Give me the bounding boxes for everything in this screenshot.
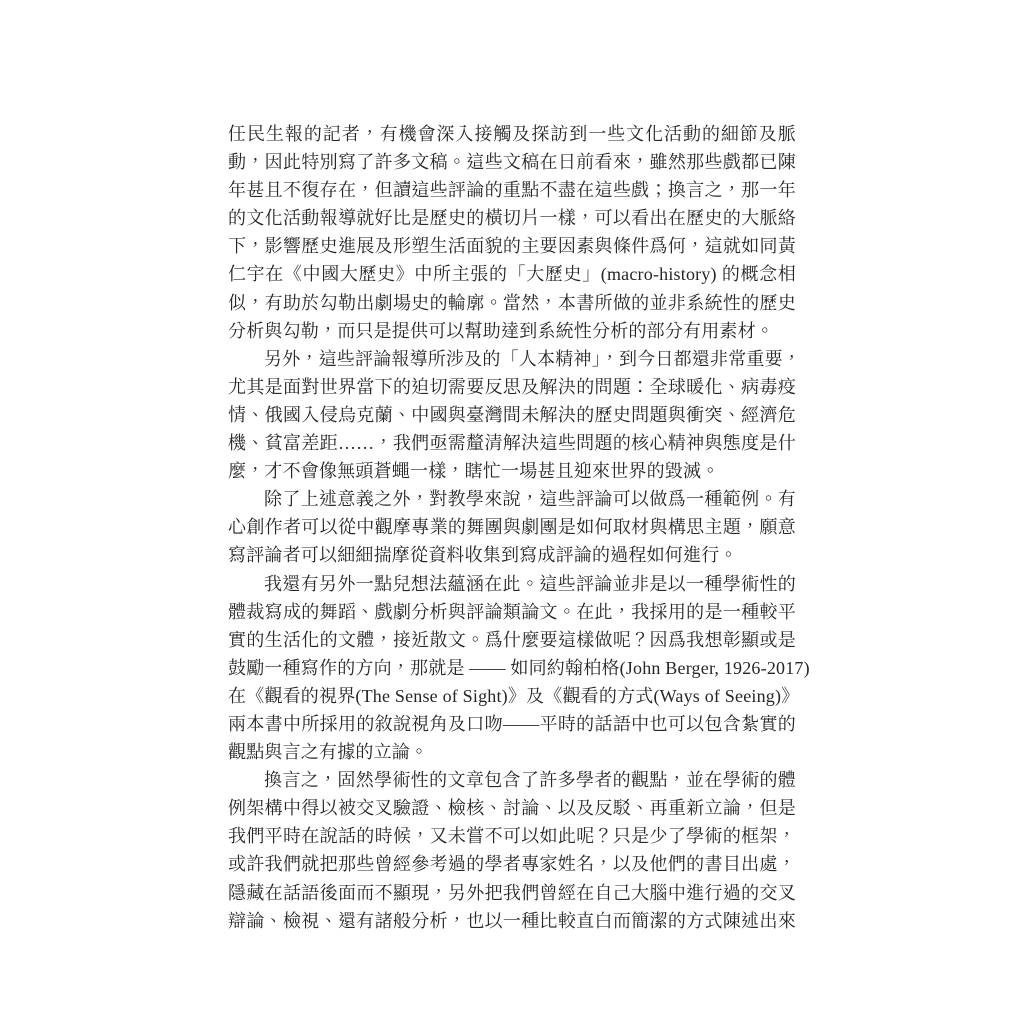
paragraph: 另外，這些評論報導所涉及的「人本精神」，到今日都還非常重要， 尤其是面對世界當下… [228, 345, 796, 485]
text-line: 機、貧富差距……，我們亟需釐清解決這些問題的核心精神與態度是什 [228, 429, 796, 457]
text-line: 下，影響歷史進展及形塑生活面貌的主要因素與條件爲何，這就如同黃 [228, 232, 796, 260]
text-line: 情、俄國入侵烏克蘭、中國與臺灣間未解決的歷史問題與衝突、經濟危 [228, 401, 796, 429]
text-line: 兩本書中所採用的敘說視角及口吻——平時的話語中也可以包含紮實的 [228, 710, 796, 738]
text-line: 鼓勵一種寫作的方向，那就是 —— 如同約翰柏格(John Berger, 192… [228, 654, 796, 682]
text-line: 換言之，固然學術性的文章包含了許多學者的觀點，並在學術的體 [228, 766, 796, 794]
text-block: 任民生報的記者，有機會深入接觸及探訪到一些文化活動的細節及脈 動，因此特別寫了許… [228, 120, 796, 935]
text-line: 動，因此特別寫了許多文稿。這些文稿在日前看來，雖然那些戲都已陳 [228, 148, 796, 176]
paragraph: 我還有另外一點兒想法蘊涵在此。這些評論並非是以一種學術性的 體裁寫成的舞蹈、戲劇… [228, 570, 796, 767]
text-line: 分析與勾勒，而只是提供可以幫助達到系統性分析的部分有用素材。 [228, 317, 796, 345]
text-line: 除了上述意義之外，對教學來說，這些評論可以做爲一種範例。有 [228, 485, 796, 513]
text-line: 我們平時在說話的時候，又未嘗不可以如此呢？只是少了學術的框架， [228, 822, 796, 850]
text-line: 仁宇在《中國大歷史》中所主張的「大歷史」(macro-history) 的概念相 [228, 260, 796, 288]
text-line: 另外，這些評論報導所涉及的「人本精神」，到今日都還非常重要， [228, 345, 796, 373]
text-line: 麼，才不會像無頭蒼蠅一樣，瞎忙一場甚且迎來世界的毀滅。 [228, 457, 796, 485]
text-line: 似，有助於勾勒出劇場史的輪廓。當然，本書所做的並非系統性的歷史 [228, 289, 796, 317]
text-line: 的文化活動報導就好比是歷史的橫切片一樣，可以看出在歷史的大脈絡 [228, 204, 796, 232]
text-line: 寫評論者可以細細揣摩從資料收集到寫成評論的過程如何進行。 [228, 541, 796, 569]
book-page: 任民生報的記者，有機會深入接觸及探訪到一些文化活動的細節及脈 動，因此特別寫了許… [0, 0, 1024, 1024]
paragraph: 換言之，固然學術性的文章包含了許多學者的觀點，並在學術的體 例架構中得以被交叉驗… [228, 766, 796, 935]
text-line: 在《觀看的視界(The Sense of Sight)》及《觀看的方式(Ways… [228, 682, 796, 710]
text-line: 辯論、檢視、還有諸般分析，也以一種比較直白而簡潔的方式陳述出來 [228, 907, 796, 935]
text-line: 體裁寫成的舞蹈、戲劇分析與評論類論文。在此，我採用的是一種較平 [228, 598, 796, 626]
paragraph: 任民生報的記者，有機會深入接觸及探訪到一些文化活動的細節及脈 動，因此特別寫了許… [228, 120, 796, 345]
text-line: 例架構中得以被交叉驗證、檢核、討論、以及反駁、再重新立論，但是 [228, 794, 796, 822]
text-line: 實的生活化的文體，接近散文。爲什麼要這樣做呢？因爲我想彰顯或是 [228, 626, 796, 654]
text-line: 心創作者可以從中觀摩專業的舞團與劇團是如何取材與構思主題，願意 [228, 513, 796, 541]
paragraph: 除了上述意義之外，對教學來說，這些評論可以做爲一種範例。有 心創作者可以從中觀摩… [228, 485, 796, 569]
text-line: 尤其是面對世界當下的迫切需要反思及解決的問題：全球暖化、病毒疫 [228, 373, 796, 401]
text-line: 任民生報的記者，有機會深入接觸及探訪到一些文化活動的細節及脈 [228, 120, 796, 148]
text-line: 觀點與言之有據的立論。 [228, 738, 796, 766]
text-line: 隱藏在話語後面而不顯現，另外把我們曾經在自己大腦中進行過的交叉 [228, 879, 796, 907]
text-line: 我還有另外一點兒想法蘊涵在此。這些評論並非是以一種學術性的 [228, 570, 796, 598]
text-line: 年甚且不復存在，但讀這些評論的重點不盡在這些戲；換言之，那一年 [228, 176, 796, 204]
text-line: 或許我們就把那些曾經參考過的學者專家姓名，以及他們的書目出處， [228, 850, 796, 878]
